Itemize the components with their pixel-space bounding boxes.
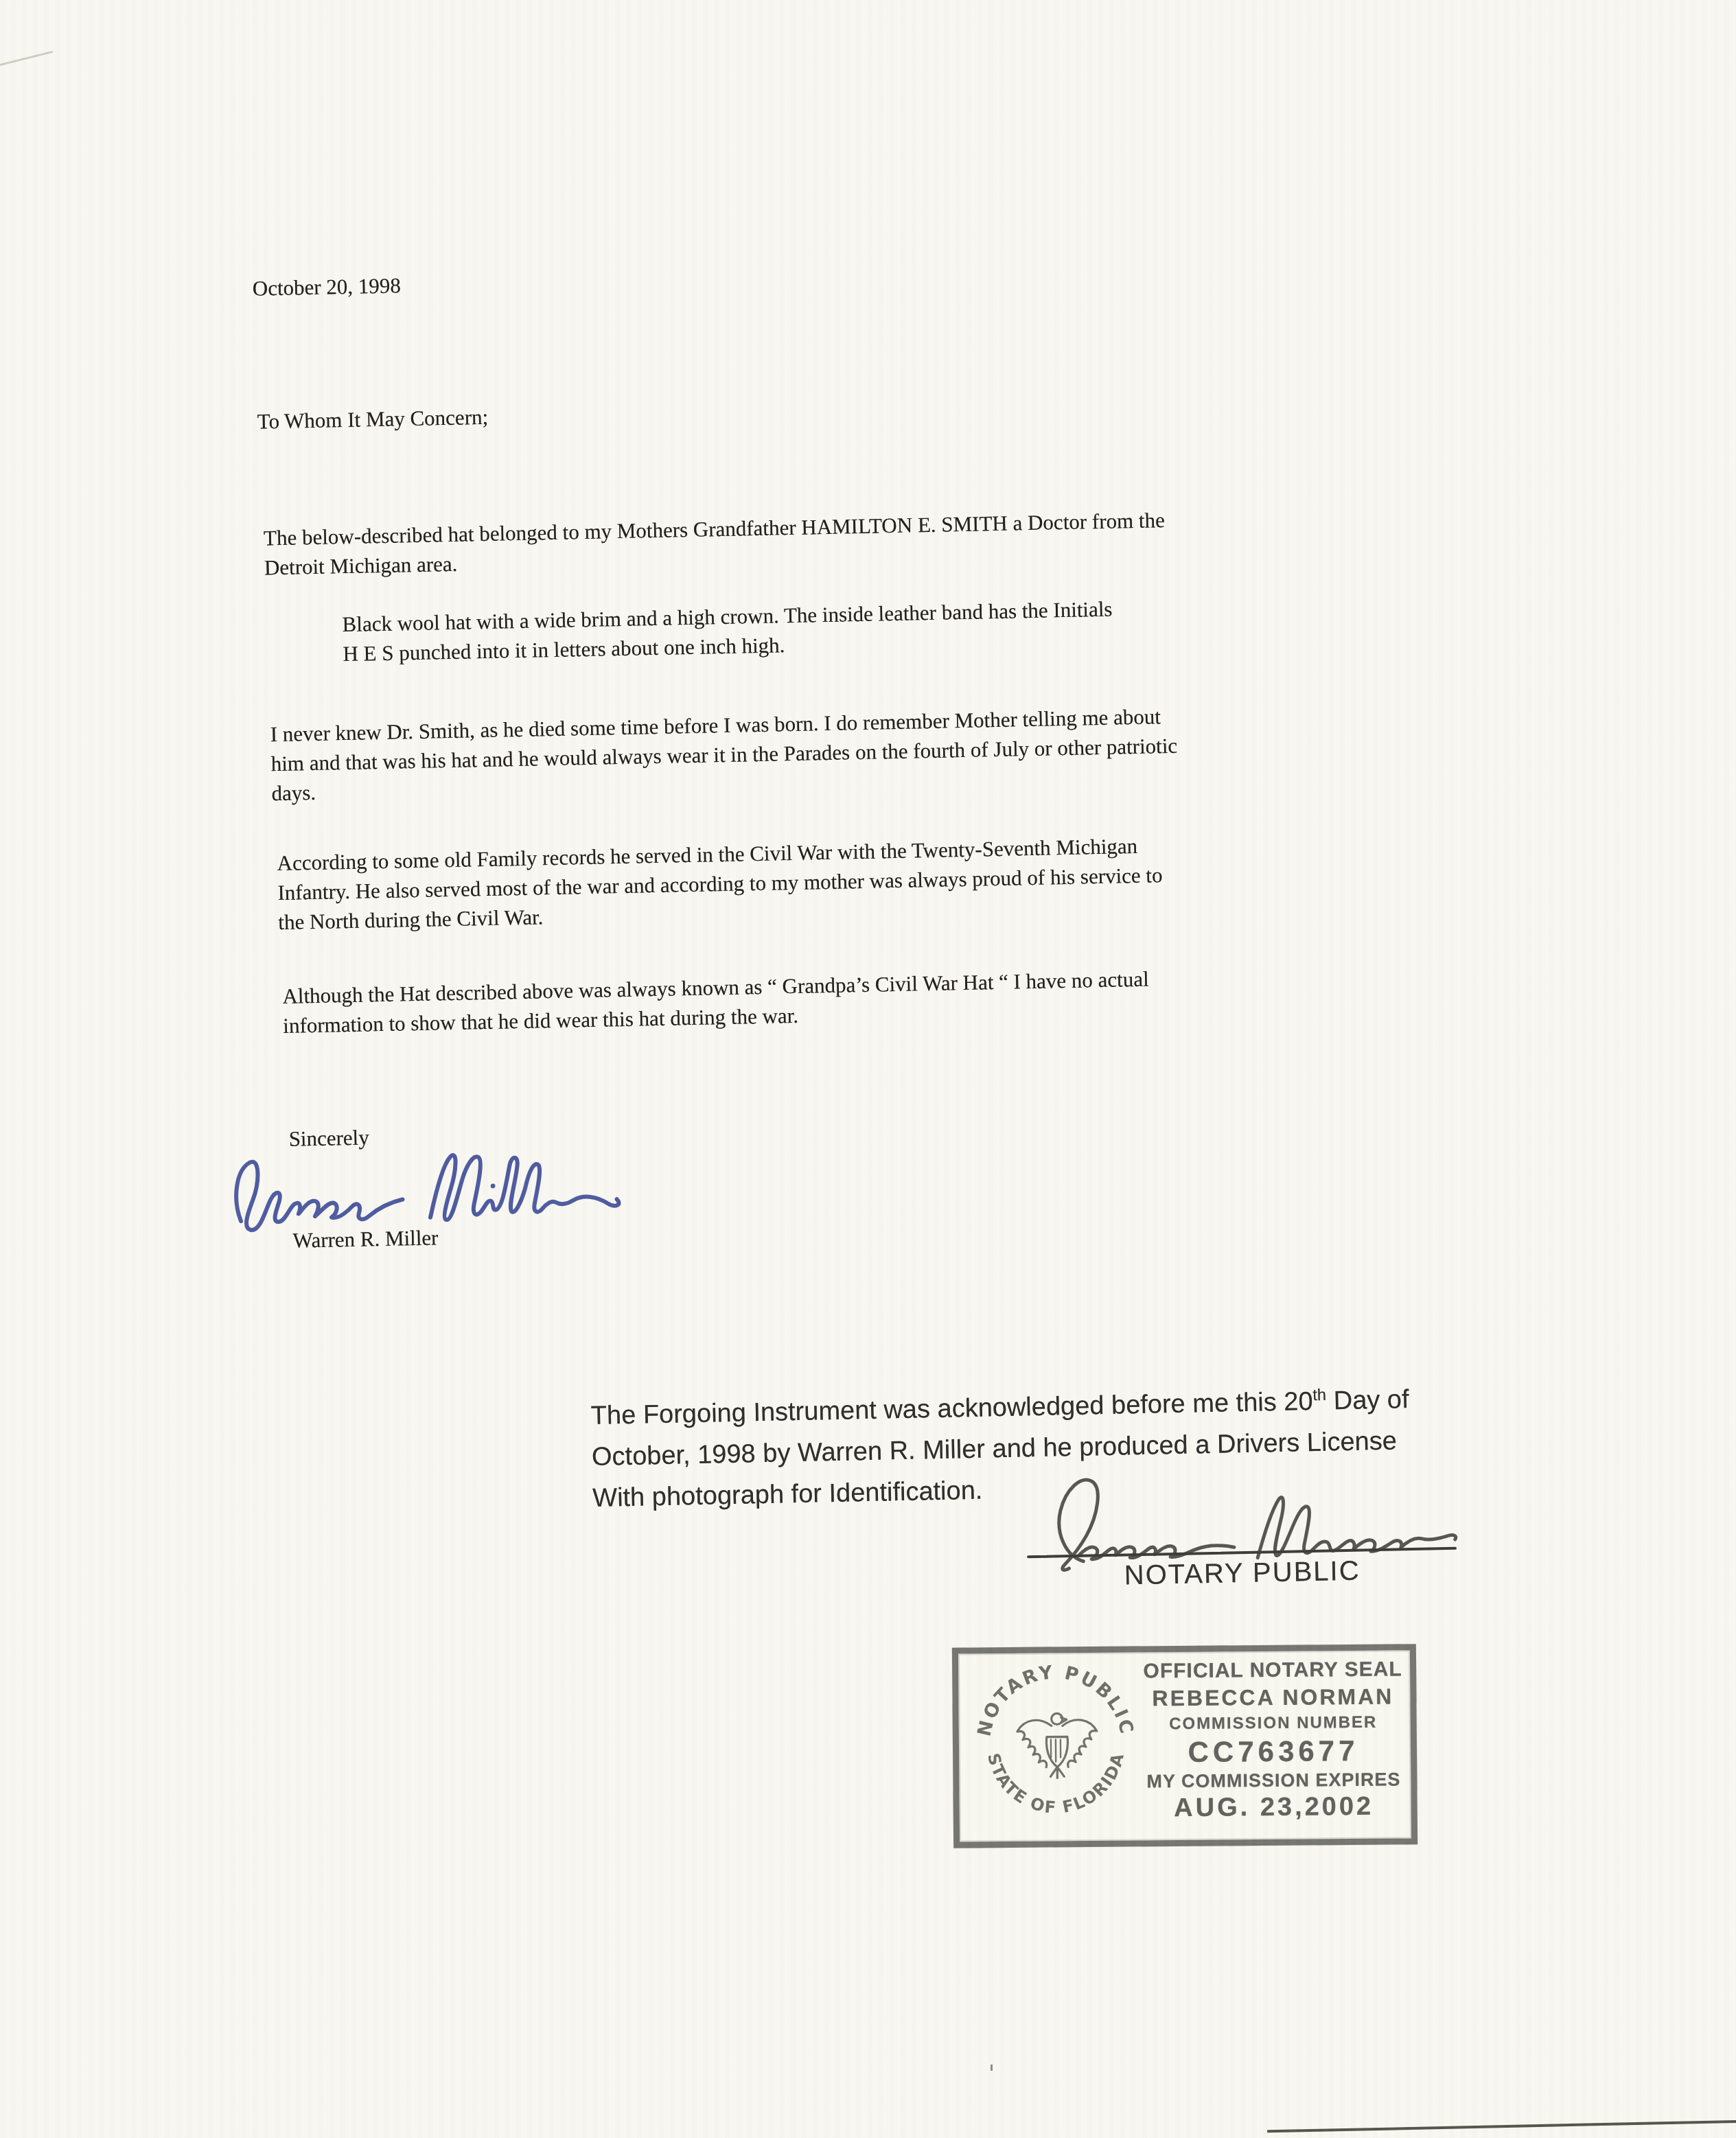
letter-content: October 20, 1998 To Whom It May Concern;… bbox=[0, 0, 1736, 2138]
svg-text:NOTARY PUBLIC: NOTARY PUBLIC bbox=[973, 1661, 1138, 1739]
letter-date: October 20, 1998 bbox=[252, 270, 401, 303]
stamp-text-block: OFFICIAL NOTARY SEAL REBECCA NORMAN COMM… bbox=[1145, 1651, 1402, 1841]
scanned-letter-page: October 20, 1998 To Whom It May Concern;… bbox=[0, 0, 1736, 2138]
typed-name: Warren R. Miller bbox=[292, 1222, 439, 1255]
stamp-line-commission-number-label: COMMISSION NUMBER bbox=[1169, 1713, 1378, 1734]
salutation: To Whom It May Concern; bbox=[257, 402, 488, 437]
stamp-line-expiry-date: AUG. 23,2002 bbox=[1174, 1791, 1374, 1823]
stamp-line-official-seal: OFFICIAL NOTARY SEAL bbox=[1143, 1658, 1402, 1683]
stamp-line-expires-label: MY COMMISSION EXPIRES bbox=[1146, 1769, 1400, 1793]
paragraph-2-hat-description: Black wool hat with a wide brim and a hi… bbox=[342, 594, 1113, 669]
stamp-line-commission-number: CC763677 bbox=[1188, 1734, 1358, 1769]
ordinal-superscript: th bbox=[1312, 1386, 1326, 1404]
scan-artifact-bottom-right bbox=[1267, 2120, 1736, 2133]
paragraph-1: The below-described hat belonged to my M… bbox=[264, 505, 1166, 582]
paragraph-5: Although the Hat described above was alw… bbox=[282, 964, 1150, 1041]
paragraph-4: According to some old Family records he … bbox=[277, 830, 1164, 937]
paragraph-3: I never knew Dr. Smith, as he died some … bbox=[270, 701, 1178, 808]
florida-state-seal: NOTARY PUBLIC ★ STATE OF FLORIDA ★ bbox=[967, 1655, 1145, 1833]
eagle-icon bbox=[1017, 1713, 1098, 1778]
notary-seal-stamp: NOTARY PUBLIC ★ STATE OF FLORIDA ★ bbox=[952, 1644, 1417, 1848]
seal-top-text: NOTARY PUBLIC bbox=[973, 1661, 1138, 1739]
stamp-line-notary-name: REBECCA NORMAN bbox=[1152, 1684, 1393, 1712]
